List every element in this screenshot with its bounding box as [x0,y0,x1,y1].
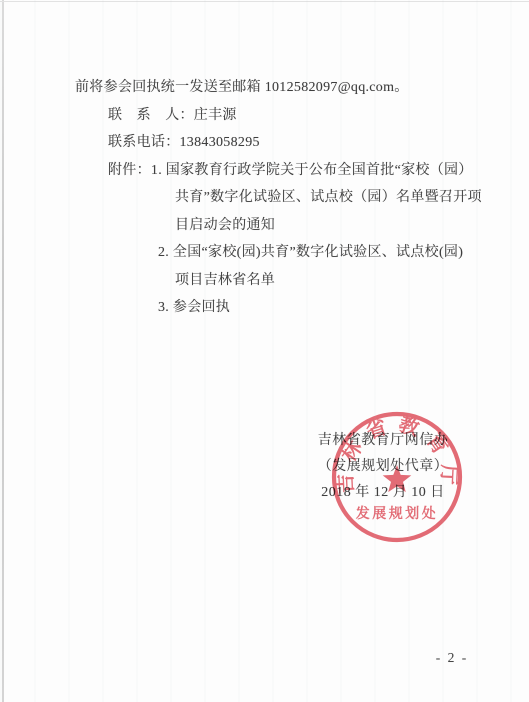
scan-left-edge-artifact [2,0,4,702]
document-line: 项目吉林省名单 [175,267,475,295]
document-line: 联系电话：13843058295 [108,129,475,157]
signature-date: 2018 年 12 月 10 日 [290,480,476,506]
document-body: 前将参会回执统一发送至邮箱 1012582097@qq.com。联 系 人：庄丰… [75,74,475,322]
document-line: 2. 全国“家校(园)共育”数字化试验区、试点校(园) [158,239,475,267]
signature-block: 吉林省教育厅网信办 （发展规划处代章） 2018 年 12 月 10 日 [290,428,476,506]
document-line: 前将参会回执统一发送至邮箱 1012582097@qq.com。 [75,74,475,102]
signature-note: （发展规划处代章） [290,454,476,480]
document-line: 3. 参会回执 [158,294,475,322]
seal-bottom-text: 发展规划处 [355,505,439,522]
document-line: 目启动会的通知 [175,212,475,240]
document-line: 共育”数字化试验区、试点校（园）名单暨召开项 [175,184,475,212]
document-page: 前将参会回执统一发送至邮箱 1012582097@qq.com。联 系 人：庄丰… [0,0,529,702]
document-line: 联 系 人：庄丰源 [108,102,475,130]
document-line: 附件：1. 国家教育行政学院关于公布全国首批“家校（园） [108,157,475,185]
page-number: - 2 - [428,650,476,666]
signature-org: 吉林省教育厅网信办 [290,428,476,454]
scan-top-edge-artifact [0,1,529,2]
